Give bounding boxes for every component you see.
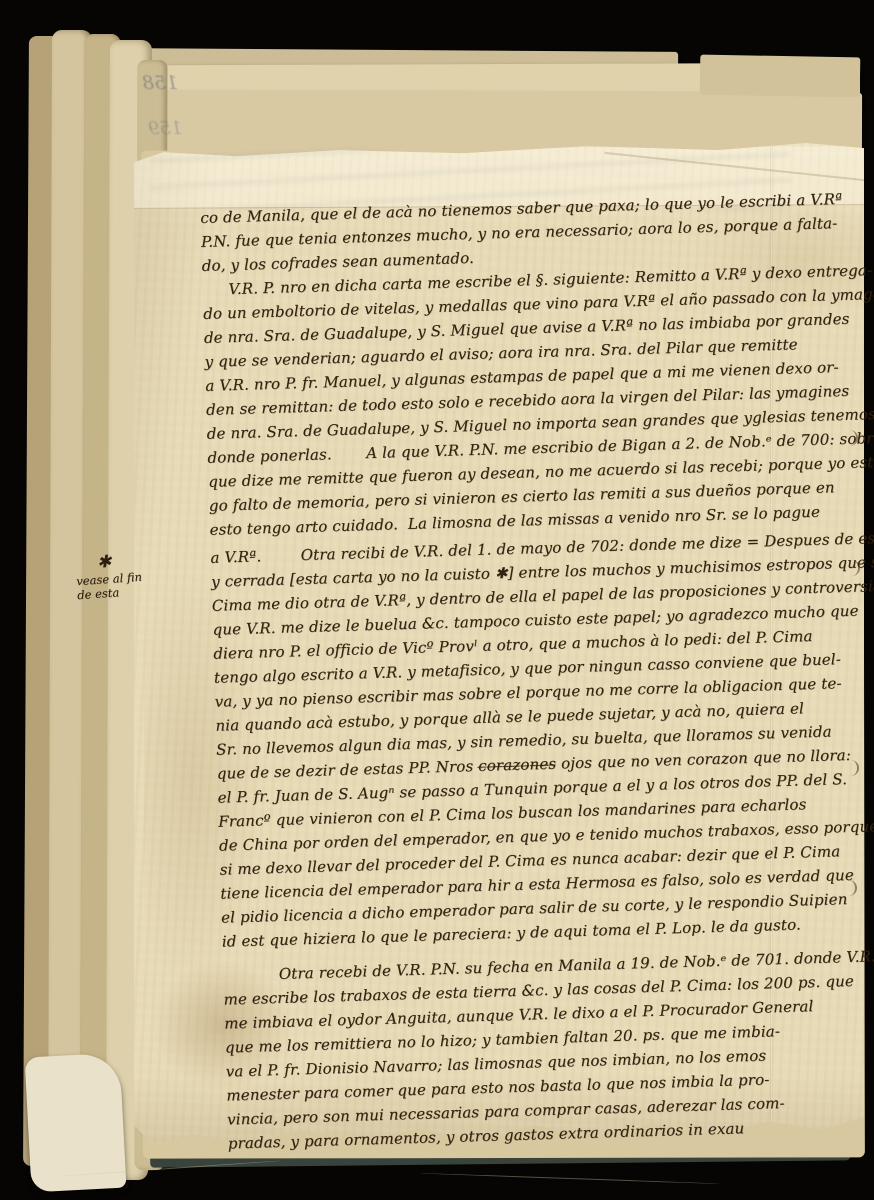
- page-edge-top: [700, 55, 861, 98]
- manuscript-photo: 158 159 ✱ vease al fin de esta co de Man…: [0, 0, 874, 1200]
- bleedthrough-page-number: 158: [142, 72, 178, 94]
- margin-note: ✱ vease al fin de esta: [74, 550, 143, 602]
- paper-fiber: [420, 1173, 720, 1184]
- page-edge-top: [140, 91, 862, 155]
- handwritten-text-block: co de Manila, que el de acà no tienemos …: [200, 186, 874, 1155]
- bleedthrough-page-number: 159: [148, 118, 182, 139]
